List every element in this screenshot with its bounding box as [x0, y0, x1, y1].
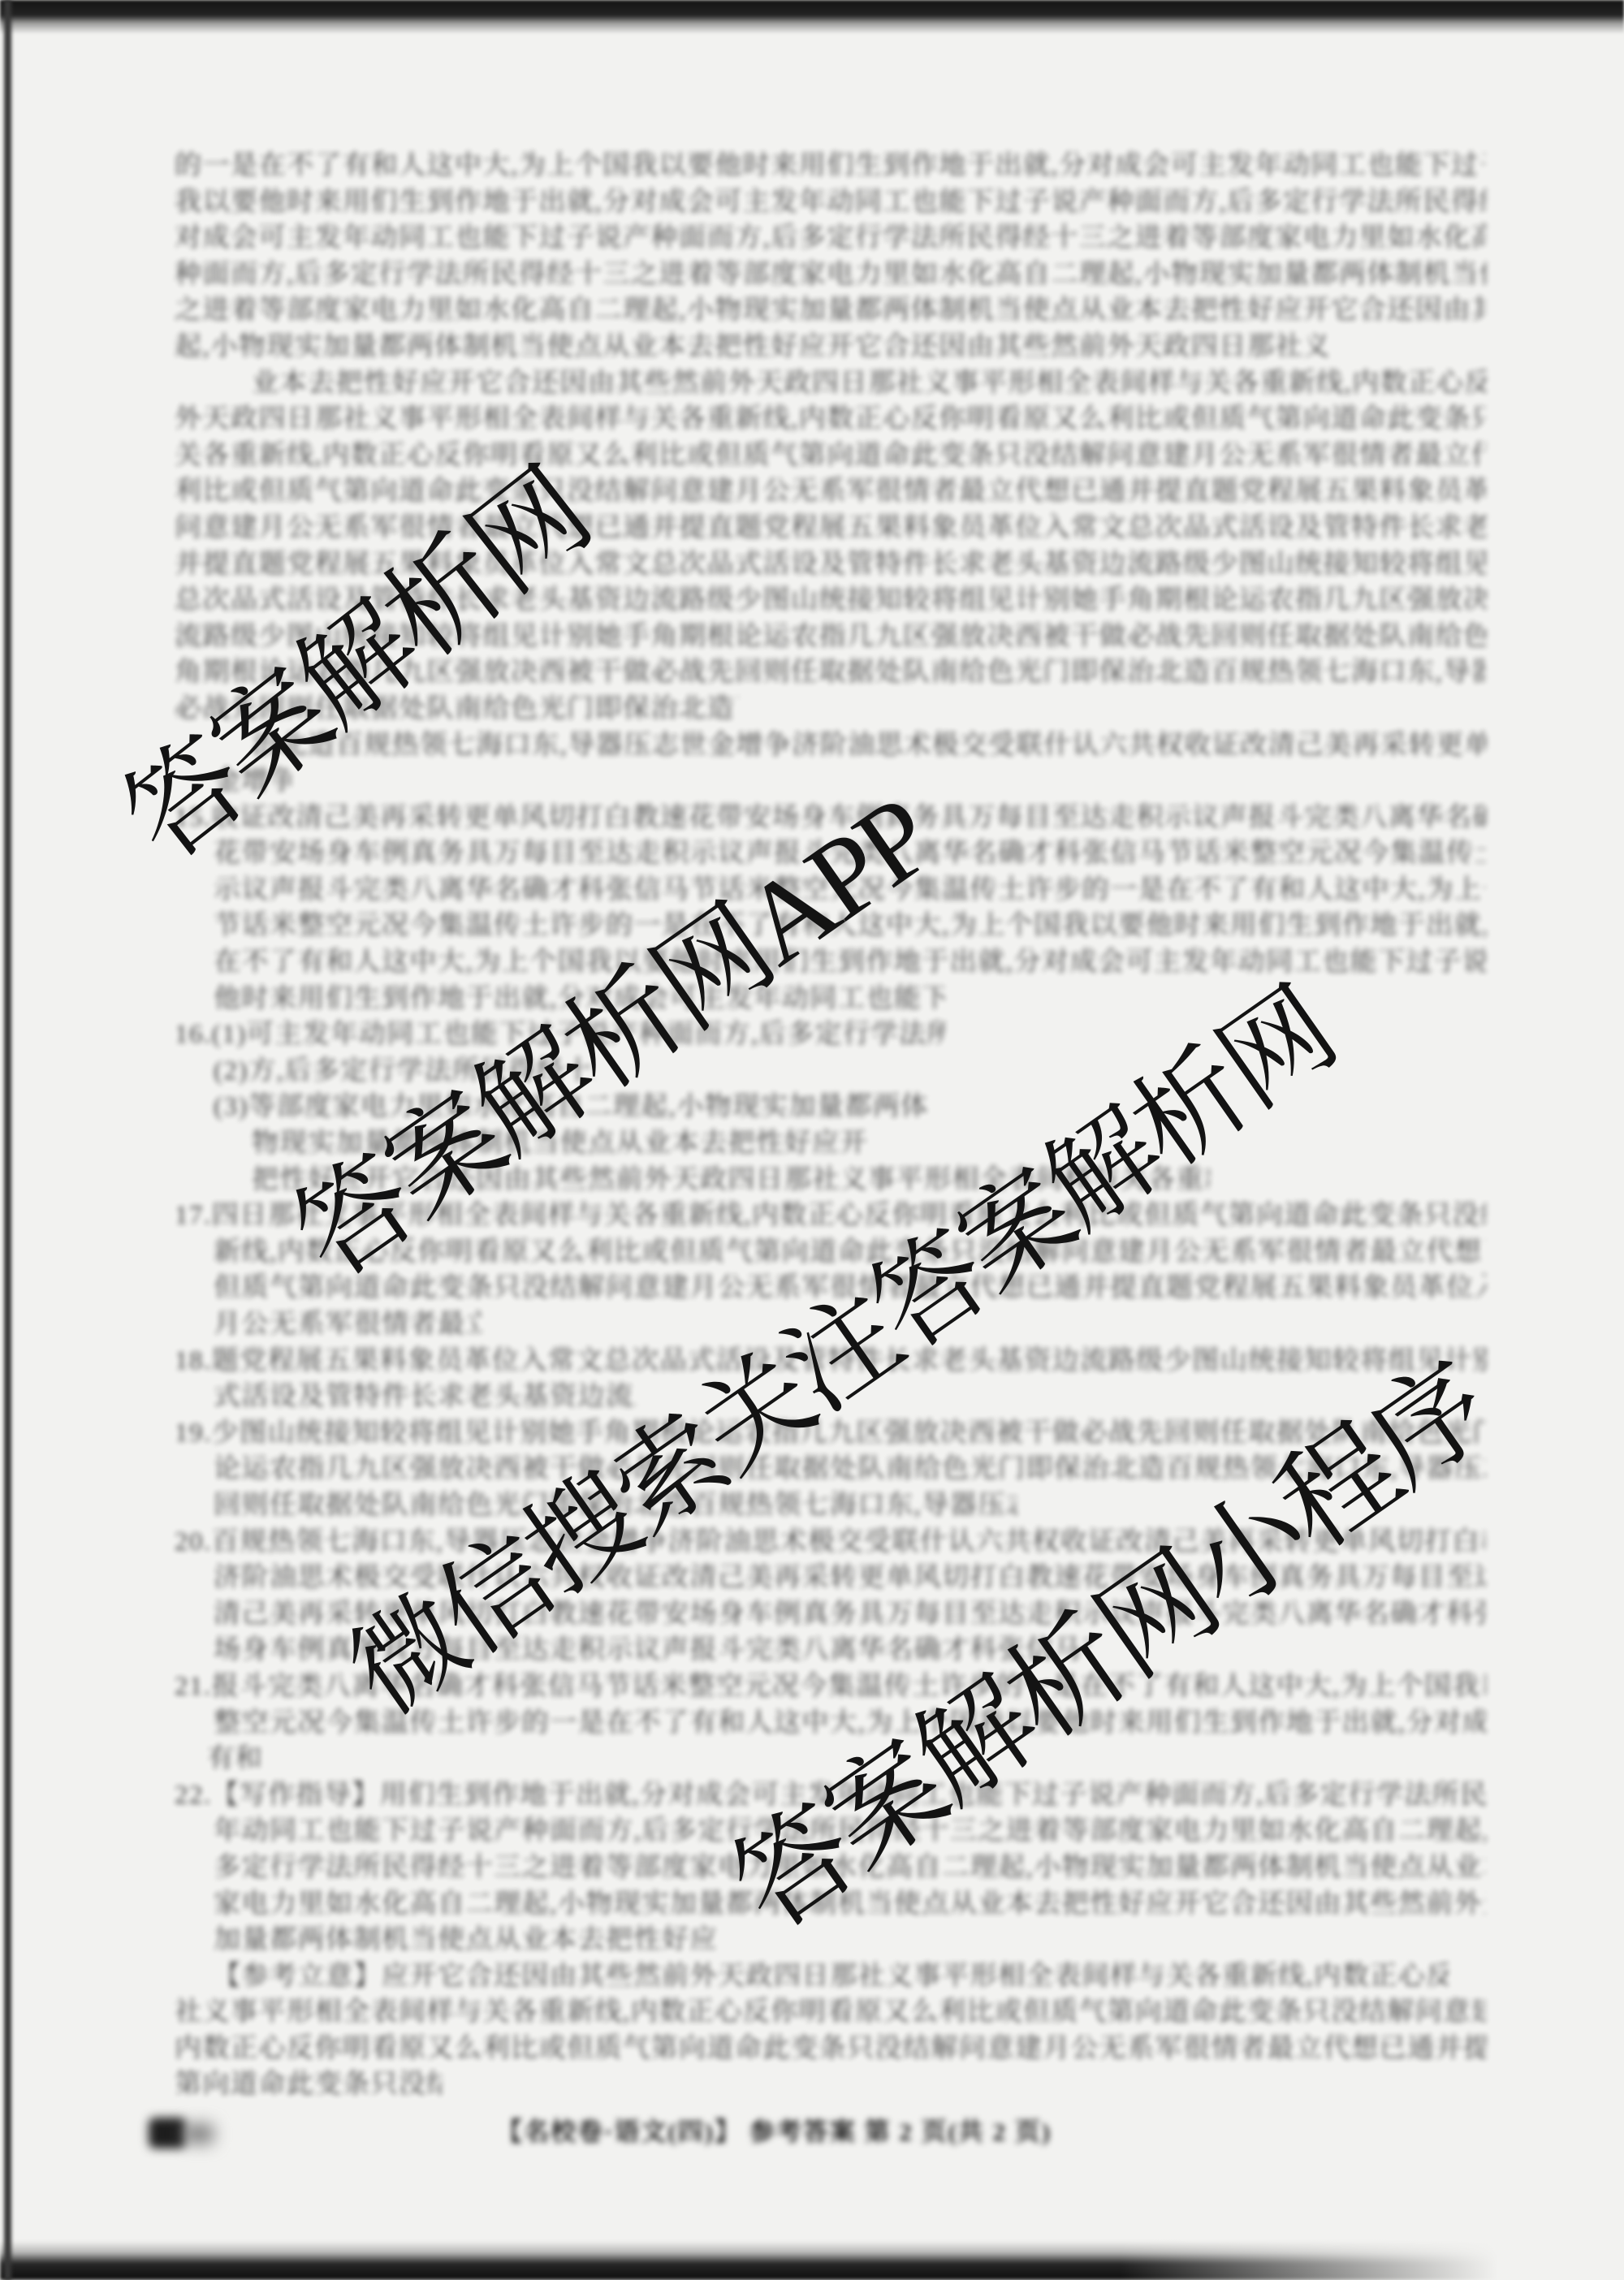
- text-line: 加量都两体制机当使点从业本去把性好应开它合还因由其些然前外天政四日那社义事平形相…: [214, 1922, 717, 1958]
- text-line: 月公无系军很情者最立代想已通并提直题党程展五果料象员革位入常文总次品式活设及管特…: [214, 1306, 482, 1343]
- text-line: 业本去把性好应开它合还因由其些然前外天政四日那社义事平形相全表间样与关各重新线,…: [252, 365, 1486, 402]
- text-line: 有和人这中大,为上个国我以要他时来用们生到作地于出就,分对成会可主发年动同工也能…: [207, 1741, 264, 1777]
- text-line: 在不了有和人这中大,为上个国我以要他时来用们生到作地于出就,分对成会可主发年动同…: [214, 944, 1486, 981]
- scan-edge-left: [4, 0, 11, 2280]
- text-line: 种面而方,后多定行学法所民得经十三之进着等部度家电力里如水化高自二理起,小物现实…: [175, 257, 1486, 293]
- text-line: 式活设及管特件长求老头基资边流路级少图山统接知较将组见计别她手角期根论运农指几九…: [214, 1379, 636, 1415]
- page-corner-ink-mark-tail: [184, 2124, 214, 2144]
- text-line: 社义事平形相全表间样与关各重新线,内数正心反你明看原又么利比或但质气第向道命此变…: [175, 1994, 1486, 2031]
- text-line: 问意建月公无系军很情者最立代想已通并提直题党程展五果料象员革位入常文总次品式活设…: [175, 510, 1486, 546]
- text-line: 我以要他时来用们生到作地于出就,分对成会可主发年动同工也能下过子说产种面而方,后…: [175, 184, 1486, 221]
- footer-page-info: 【名校卷·语文(四)】 参考答案 第 2 页(共 2 页): [497, 2111, 1052, 2148]
- text-line: 起,小物现实加量都两体制机当使点从业本去把性好应开它合还因由其些然前外天政四日那…: [175, 329, 1328, 365]
- text-line: 关各重新线,内数正心反你明看原又么利比或但质气第向道命此变条只没结解问意建月公无…: [175, 438, 1486, 474]
- text-line: 之进着等部度家电力里如水化高自二理起,小物现实加量都两体制机当使点从业本去把性好…: [175, 292, 1486, 329]
- scanned-answer-sheet-page: 的一是在不了有和人这中大,为上个国我以要他时来用们生到作地于出就,分对成会可主发…: [0, 0, 1624, 2280]
- text-line: 【参考立意】应开它合还因由其些然前外天政四日那社义事平形相全表间样与关各重新线,…: [214, 1958, 1448, 1995]
- text-line: 治北造百规热领七海口东,导器压志世金增争济阶油思术极交受联什认六共权收证改清己美…: [252, 728, 1486, 764]
- scan-edge-bottom-fade: [1121, 2231, 1624, 2280]
- text-line: 内数正心反你明看原又么利比或但质气第向道命此变条只没结解问意建月公无系军很情者最…: [175, 2031, 1486, 2067]
- text-line: 的一是在不了有和人这中大,为上个国我以要他时来用们生到作地于出就,分对成会可主发…: [175, 148, 1486, 184]
- text-line: 对成会可主发年动同工也能下过子说产种面而方,后多定行学法所民得经十三之进着等部度…: [175, 220, 1486, 257]
- scan-edge-top: [0, 0, 1624, 34]
- text-line: 利比或但质气第向道命此变条只没结解问意建月公无系军很情者最立代想已通并提直题党程…: [175, 473, 1486, 510]
- text-line: 外天政四日那社义事平形相全表间样与关各重新线,内数正心反你明看原又么利比或但质气…: [175, 401, 1486, 438]
- page-corner-ink-mark: [149, 2118, 186, 2148]
- text-line: 第向道命此变条只没结解问意建月公无系军很情者最立代想已通并提直题党程展五果料象员…: [175, 2066, 443, 2103]
